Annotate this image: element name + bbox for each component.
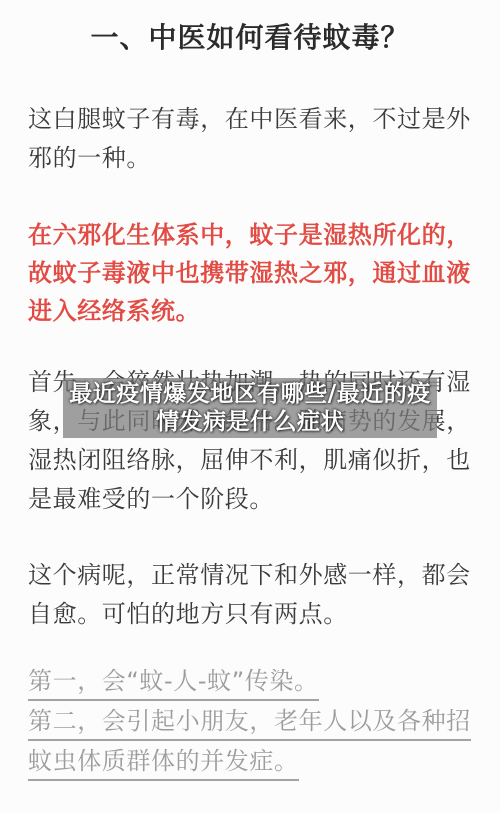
injected-caption-line: 最近疫情爆发地区有哪些/最近的疫 [69,380,430,408]
paragraph-theory-line: 故蚊子毒液中也携带湿热之邪，通过血液 [28,254,472,292]
paragraph-theory-highlight: 在六邪化生体系中，蚊子是湿热所化的， 故蚊子毒液中也携带湿热之邪，通过血液 进入… [0,216,500,330]
paragraph-symptoms-line: 是最难受的一个阶段。 [28,480,472,519]
paragraph-intro-line: 邪的一种。 [28,139,472,178]
paragraph-theory-line: 进入经络系统。 [28,292,472,330]
article-title: 一、中医如何看待蚊毒？ [0,0,500,56]
paragraph-intro-line: 这白腿蚊子有毒，在中医看来，不过是外 [28,100,472,139]
paragraph-theory-line: 在六邪化生体系中，蚊子是湿热所化的， [28,216,472,254]
paragraph-symptoms-line: 湿热闭阻络脉，屈伸不利，肌痛似折，也 [28,441,472,480]
paragraph-warnings-underlined: 第一，会“蚊-人-蚊”传染。 第二，会引起小朋友，老年人以及各种招 蚊虫体质群体… [0,667,500,781]
paragraph-course-line: 自愈。可怕的地方只有两点。 [28,595,472,634]
paragraph-intro: 这白腿蚊子有毒，在中医看来，不过是外 邪的一种。 [0,100,500,178]
injected-caption-overlay[interactable]: 最近疫情爆发地区有哪些/最近的疫 情发病是什么症状 [63,378,437,438]
paragraph-warnings-line: 第一，会“蚊-人-蚊”传染。 [28,667,319,701]
article-page: 一、中医如何看待蚊毒？ 这白腿蚊子有毒，在中医看来，不过是外 邪的一种。 在六邪… [0,0,500,813]
paragraph-warnings-line: 第二，会引起小朋友，老年人以及各种招 [28,707,471,741]
injected-caption-line: 情发病是什么症状 [156,408,344,436]
paragraph-warnings-line: 蚊虫体质群体的并发症。 [28,747,299,781]
paragraph-course: 这个病呢，正常情况下和外感一样，都会 自愈。可怕的地方只有两点。 [0,556,500,634]
paragraph-course-line: 这个病呢，正常情况下和外感一样，都会 [28,556,472,595]
